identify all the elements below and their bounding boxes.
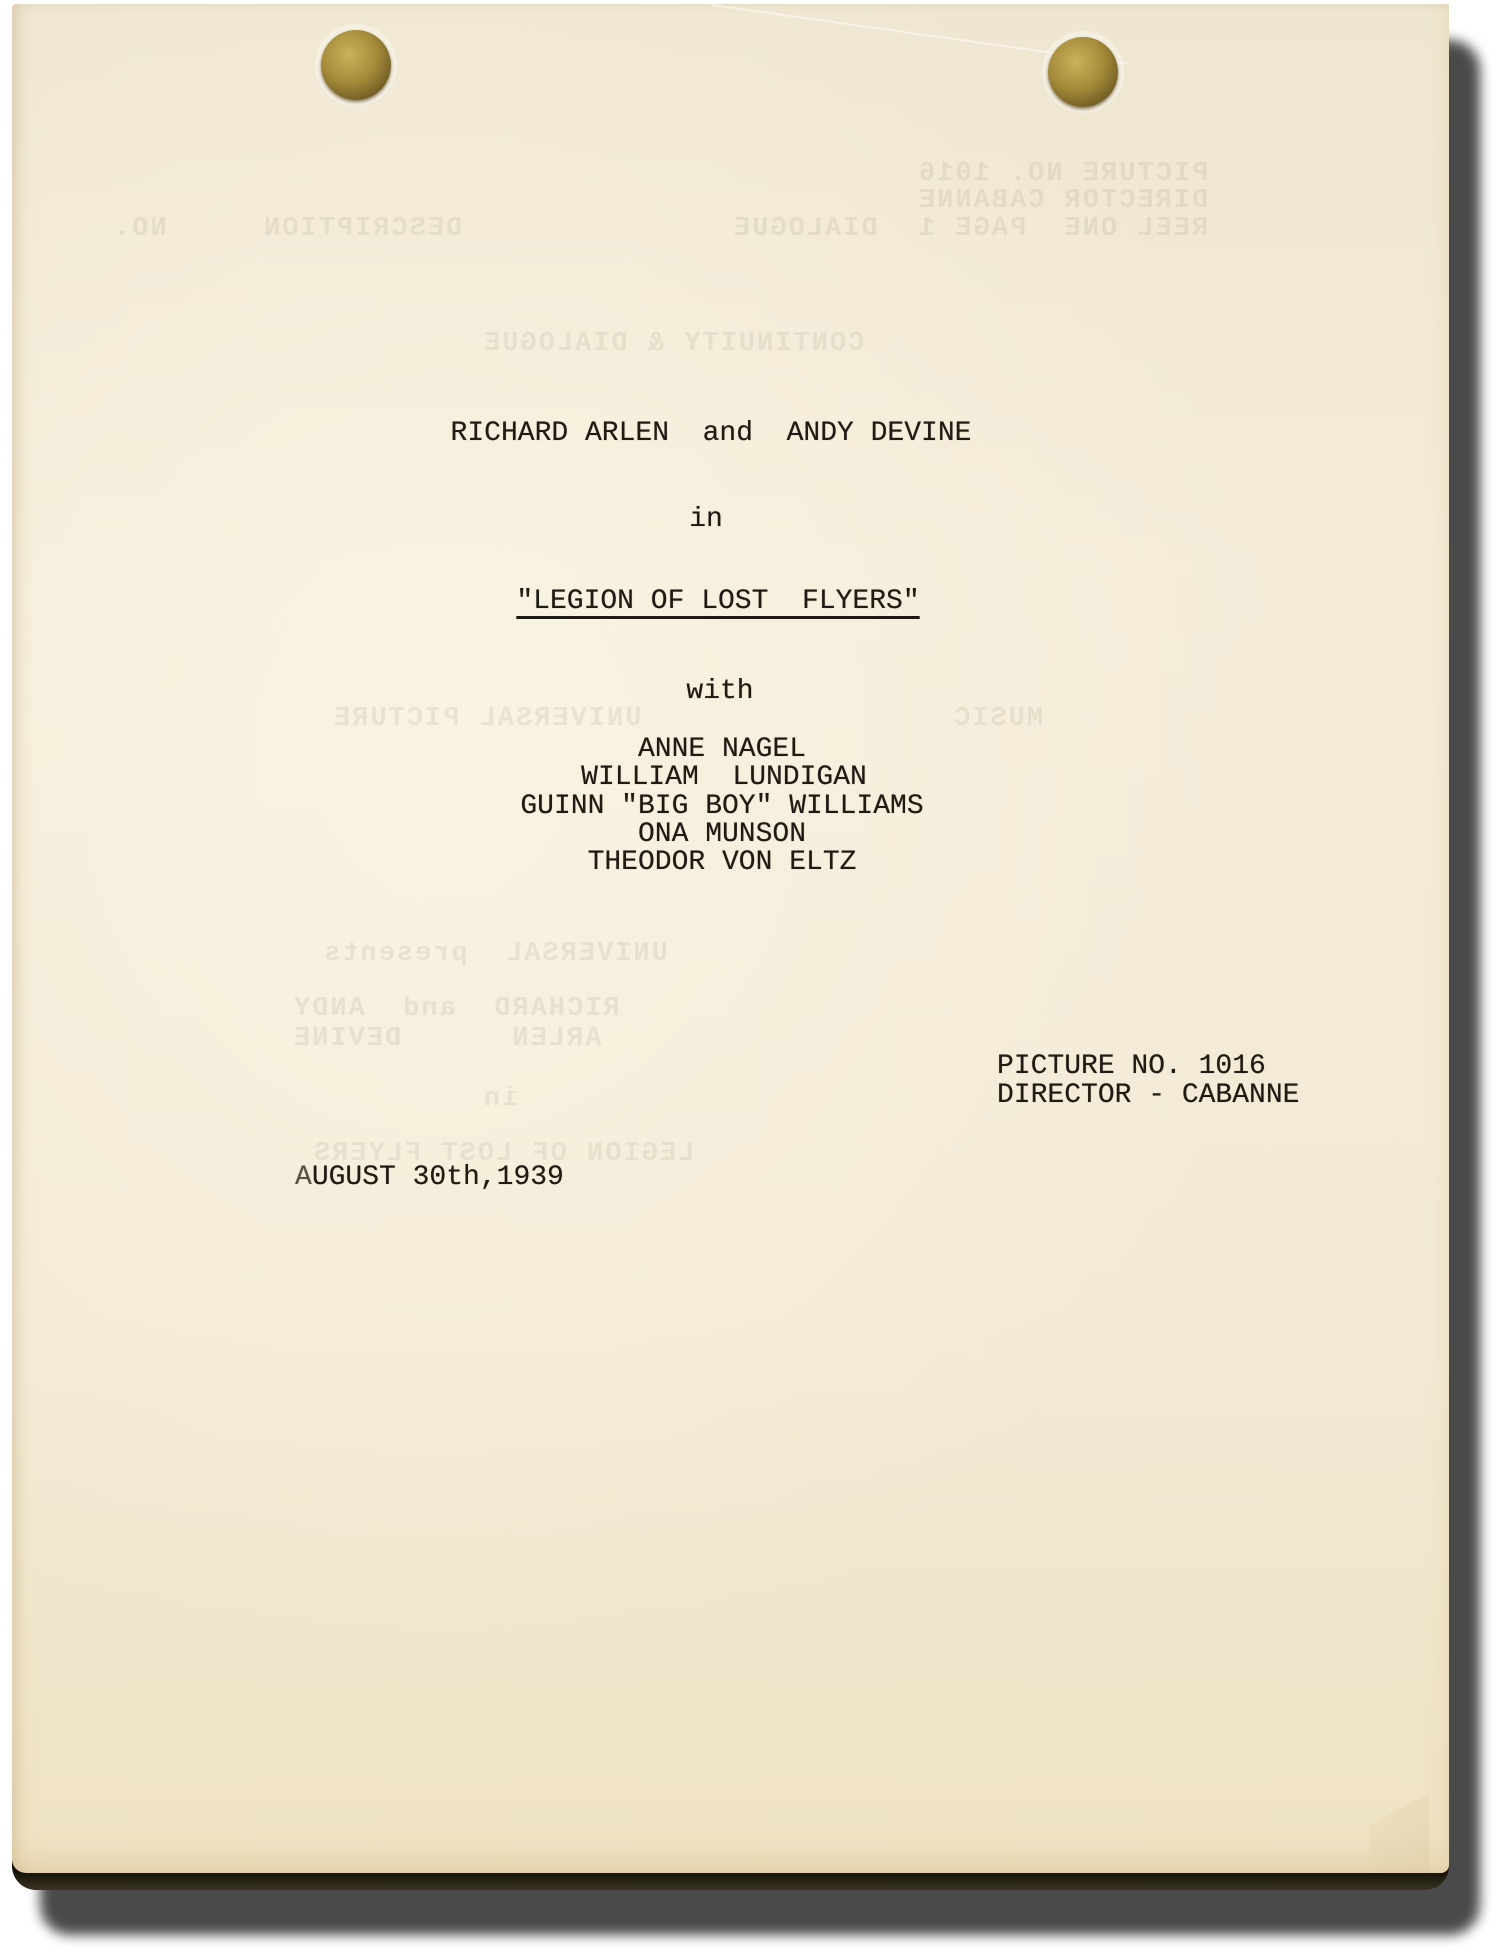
date-faded-initial: A [295,1162,312,1193]
bleed-fragment-universal-picture: UNIVERSAL PICTURE [332,704,641,734]
cast-member: GUINN "BIG BOY" WILLIAMS [520,793,923,821]
film-title: "LEGION OF LOST FLYERS" [516,588,919,616]
bleed-fragment-universal-presents: UNIVERSAL presents [322,939,668,969]
bleed-fragment-names-2: ARLEN DEVINE [292,1024,601,1054]
connector-in: in [689,506,723,534]
bleed-fragment-music: MUSIC [952,704,1043,734]
bleed-header-reel: REEL ONE PAGE 1 [917,214,1208,244]
stars-line: RICHARD ARLEN and ANDY DEVINE [451,420,972,448]
cast-member: ANNE NAGEL [638,736,806,764]
director-credit: DIRECTOR - CABANNE [997,1082,1299,1110]
brass-brad-fastener-left [321,30,391,100]
bleed-header-description: DESCRIPTION [262,214,462,244]
bleed-header-no: NO. [112,214,167,244]
cast-member: WILLIAM LUNDIGAN [581,764,867,792]
bleed-header-picture: PICTURE NO. 1016 [917,159,1208,189]
cast-member: THEODOR VON ELTZ [588,849,857,877]
bleed-fragment-names: RICHARD and ANDY [292,994,620,1024]
bleed-header-director: DIRECTOR CABANNE [917,186,1208,216]
folded-corner [1369,1793,1429,1873]
cast-member: ONA MUNSON [638,821,806,849]
picture-number: PICTURE NO. 1016 [997,1053,1266,1081]
brass-brad-fastener-right [1048,37,1118,107]
connector-with: with [686,678,753,706]
bleed-header-dialogue: DIALOGUE [732,214,878,244]
script-cover-page: NO. DESCRIPTION DIALOGUE PICTURE NO. 101… [12,4,1449,1873]
bleed-section-heading: CONTINUITY & DIALOGUE [482,329,864,359]
script-date: AUGUST 30th,1939 [295,1164,564,1192]
date-text: UGUST 30th,1939 [312,1162,564,1193]
bleed-fragment-in: in [482,1084,518,1114]
